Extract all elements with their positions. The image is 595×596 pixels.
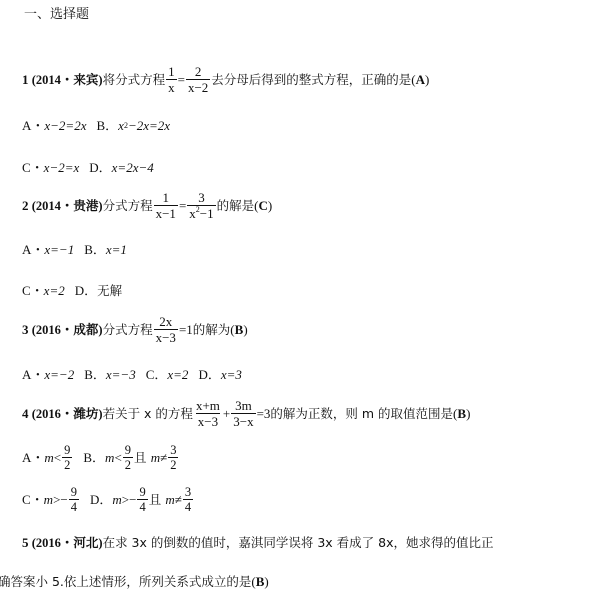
- fraction: 1 x−1: [154, 190, 178, 221]
- option-label: D．: [198, 367, 220, 383]
- question-1-options-cd: C・ x−2=x D． x=2x−4: [22, 160, 154, 176]
- fraction: 1 x: [166, 64, 177, 95]
- option-label: C．: [146, 367, 168, 383]
- question-1-stem: 1 (2014・来宾) 将分式方程 1 x = 2 x−2 去分母后得到的整式方…: [22, 64, 429, 95]
- question-4-options-cd: C・ m >− 9 4 D． m >− 9 4 且 m ≠ 3 4: [22, 485, 194, 514]
- answer: A: [416, 72, 425, 88]
- answer: B: [457, 406, 466, 422]
- option-text: x=2: [44, 283, 65, 299]
- option-text: x=−1: [44, 242, 74, 258]
- option-text: x=−2: [44, 367, 74, 383]
- option-text: x−2=2x: [44, 118, 86, 134]
- stem-text: 确答案小 5.依上述情形，所列关系式成立的是: [0, 574, 251, 590]
- question-source: (2016・河北): [32, 535, 103, 551]
- fraction: 3 2: [168, 443, 178, 472]
- question-3-options: A・ x=−2 B． x=−3 C． x=2 D． x=3: [22, 367, 242, 383]
- answer: C: [258, 198, 267, 214]
- question-source: (2014・来宾): [32, 72, 103, 88]
- option-label: B．: [83, 450, 105, 466]
- stem-text: 的解是: [217, 198, 255, 214]
- option-label: D．: [75, 283, 97, 299]
- option-label: C・: [22, 492, 44, 508]
- fraction: 9 4: [69, 485, 79, 514]
- stem-text: 若关于 x 的方程: [103, 406, 193, 422]
- question-3-stem: 3 (2016・成都) 分式方程 2x x−3 =1 的解为 ( B ): [22, 314, 248, 345]
- option-label: A・: [22, 118, 44, 134]
- fraction: 3 x2−1: [187, 190, 215, 221]
- option-text: x=2x−4: [112, 160, 154, 176]
- stem-text: 分式方程: [103, 198, 153, 214]
- option-text: x=1: [106, 242, 127, 258]
- option-label: B．: [96, 118, 118, 134]
- question-source: (2016・潍坊): [32, 406, 103, 422]
- option-label: A・: [22, 242, 44, 258]
- fraction: 2x x−3: [154, 314, 178, 345]
- fraction: 2 x−2: [186, 64, 210, 95]
- option-label: D．: [89, 160, 111, 176]
- answer: B: [256, 574, 265, 590]
- stem-text: 将分式方程: [103, 72, 166, 88]
- stem-text: 去分母后得到的整式方程，正确的是: [211, 72, 411, 88]
- option-label: A・: [22, 450, 44, 466]
- section-title: 一、选择题: [24, 3, 89, 22]
- question-source: (2014・贵港): [32, 198, 103, 214]
- stem-text: 在求 3x 的倒数的值时，嘉淇同学误将 3x 看成了 8x，她求得的值比正: [103, 535, 494, 551]
- fraction: 3m 3−x: [231, 398, 255, 429]
- question-2-stem: 2 (2014・贵港) 分式方程 1 x−1 = 3 x2−1 的解是 ( C …: [22, 190, 272, 221]
- option-text: x=3: [221, 367, 242, 383]
- stem-text: 分式方程: [103, 322, 153, 338]
- option-text: x=−3: [106, 367, 136, 383]
- fraction: 3 4: [183, 485, 193, 514]
- question-2-options-ab: A・ x=−1 B． x=1: [22, 242, 127, 258]
- fraction: 9 4: [137, 485, 147, 514]
- answer: B: [235, 322, 244, 338]
- option-label: A・: [22, 367, 44, 383]
- question-5-stem-line1: 5 (2016・河北) 在求 3x 的倒数的值时，嘉淇同学误将 3x 看成了 8…: [22, 535, 494, 551]
- question-5-stem-line2: 确答案小 5.依上述情形，所列关系式成立的是 ( B ): [0, 574, 269, 590]
- fraction: 9 2: [62, 443, 72, 472]
- option-text: 无解: [97, 283, 122, 299]
- option-label: C・: [22, 160, 44, 176]
- option-label: D．: [90, 492, 112, 508]
- stem-text: 的解为正数，则 m 的取值范围是: [270, 406, 453, 422]
- fraction: 9 2: [123, 443, 133, 472]
- fraction: x+m x−3: [194, 398, 222, 429]
- option-label: C・: [22, 283, 44, 299]
- option-label: B．: [84, 242, 106, 258]
- question-4-options-ab: A・ m < 9 2 B． m < 9 2 且 m ≠ 3 2: [22, 443, 179, 472]
- option-text: x−2=x: [44, 160, 80, 176]
- option-text: x=2: [167, 367, 188, 383]
- question-2-options-cd: C・ x=2 D． 无解: [22, 283, 122, 299]
- question-1-options-ab: A・ x−2=2x B． x2−2x=2x: [22, 118, 170, 134]
- option-label: B．: [84, 367, 106, 383]
- stem-text: 的解为: [193, 322, 231, 338]
- question-source: (2016・成都): [32, 322, 103, 338]
- question-4-stem: 4 (2016・潍坊) 若关于 x 的方程 x+m x−3 + 3m 3−x =…: [22, 398, 470, 429]
